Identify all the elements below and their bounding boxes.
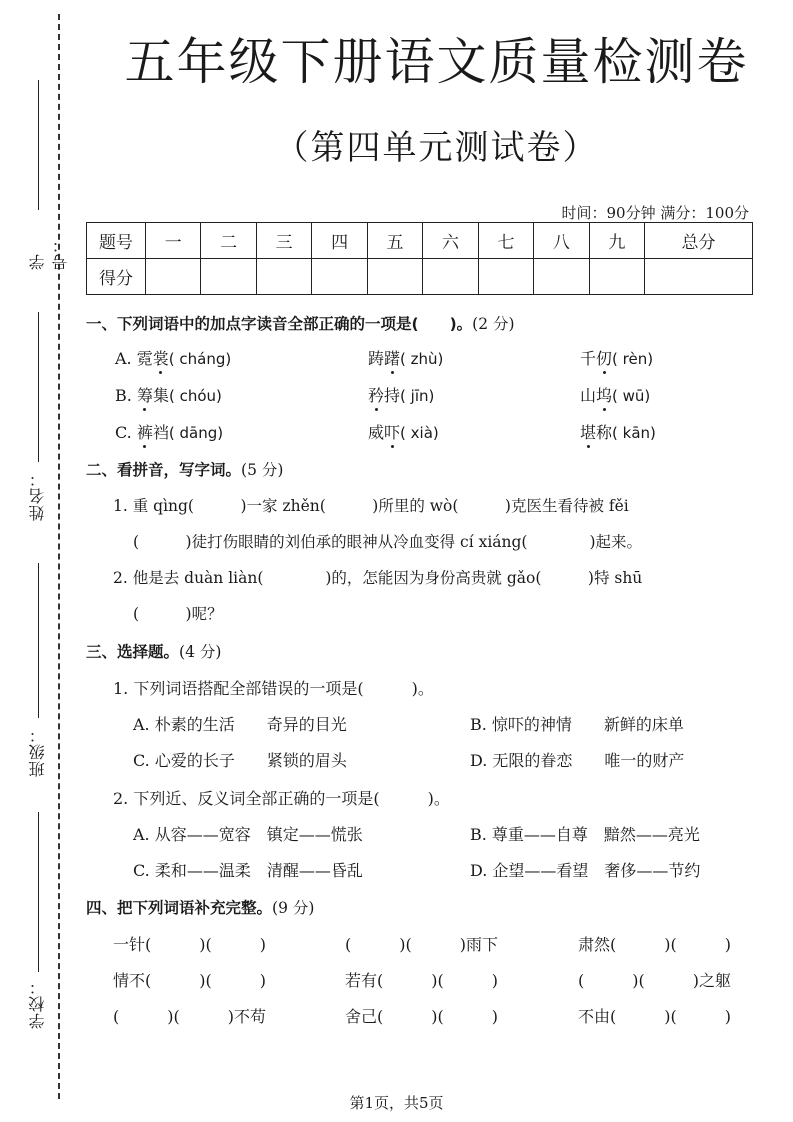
- q4-idiom[interactable]: ( )( )不苟: [113, 1004, 266, 1027]
- score-row-label: 得分: [87, 259, 146, 295]
- school-field[interactable]: 学校：: [20, 812, 50, 1042]
- q4-title-text: 四、把下列词语补充完整。: [86, 899, 272, 917]
- q1-points: (2 分): [472, 315, 514, 333]
- pinyin: ( xià): [400, 424, 439, 442]
- q2-title-text: 二、看拼音，写字词。: [86, 461, 241, 479]
- pinyin: ( wū): [612, 387, 650, 405]
- pinyin: ( jīn): [400, 387, 434, 405]
- q3-sub1-stem[interactable]: 1. 下列词语搭配全部错误的一项是( )。: [113, 676, 434, 699]
- text: C.: [115, 423, 137, 442]
- q1-option-a-item-2: 踌躇( zhù): [368, 346, 443, 369]
- q3-sub2-option-b[interactable]: B. 尊重——自尊 黯然——亮光: [470, 822, 700, 845]
- pinyin: ( cháng): [169, 350, 231, 368]
- q1-option-b-item-2: 矜持( jīn): [368, 383, 434, 406]
- text: 持: [384, 386, 400, 405]
- dotted-char: 躇: [384, 349, 400, 368]
- q4-idiom[interactable]: ( )( )之躯: [578, 968, 731, 991]
- q4-title: 四、把下列词语补充完整。(9 分): [86, 896, 314, 918]
- student-id-underline[interactable]: [38, 80, 39, 210]
- binding-strip: 学号： 姓名： 班级： 学校：: [0, 0, 80, 1122]
- score-cell[interactable]: [367, 259, 422, 295]
- text: 集: [153, 386, 169, 405]
- header-cell: 五: [367, 223, 422, 259]
- pinyin: ( dāng): [169, 424, 223, 442]
- q3-title: 三、选择题。(4 分): [86, 640, 221, 662]
- score-cell[interactable]: [423, 259, 478, 295]
- score-table: 题号 一 二 三 四 五 六 七 八 九 总分 得分: [86, 222, 753, 295]
- pinyin: ( kān): [612, 424, 656, 442]
- score-cell[interactable]: [256, 259, 311, 295]
- text: 千: [580, 349, 596, 368]
- text: 裆: [153, 423, 169, 442]
- q3-points: (4 分): [179, 643, 221, 661]
- dotted-char: 矜: [368, 386, 384, 405]
- q4-idiom[interactable]: ( )( )雨下: [345, 932, 498, 955]
- q2-line-1[interactable]: 1. 重 qìng( )一家 zhěn( )所里的 wò( )克医生看待被 fě…: [113, 494, 629, 516]
- q4-idiom[interactable]: 不由( )( ): [578, 1004, 731, 1027]
- header-cell: 九: [589, 223, 644, 259]
- text: B.: [115, 386, 137, 405]
- q3-title-text: 三、选择题。: [86, 643, 179, 661]
- q4-idiom[interactable]: 若有( )( ): [345, 968, 498, 991]
- score-table-header-row: 题号 一 二 三 四 五 六 七 八 九 总分: [87, 223, 753, 259]
- dotted-char: 裳: [153, 349, 169, 368]
- score-cell[interactable]: [478, 259, 533, 295]
- school-label: 学校：: [26, 978, 49, 1029]
- q2-line-3[interactable]: 2. 他是去 duàn liàn( )的，怎能因为身份高贵就 gǎo( )特 s…: [113, 566, 642, 588]
- q1-option-c-item-2: 威吓( xià): [368, 420, 439, 443]
- pinyin: ( zhù): [400, 350, 443, 368]
- q4-idiom[interactable]: 情不( )( ): [113, 968, 266, 991]
- q1-option-b-item-3: 山坞( wū): [580, 383, 650, 406]
- student-id-label: 学号：: [26, 220, 72, 270]
- score-table-score-row: 得分: [87, 259, 753, 295]
- q1-option-a-item-1[interactable]: A. 霓裳( cháng): [115, 346, 231, 369]
- q1-option-b-item-1[interactable]: B. 筹集( chóu): [115, 383, 222, 406]
- exam-title: 五年级下册语文质量检测卷: [80, 22, 793, 94]
- name-field[interactable]: 姓名：: [20, 312, 50, 522]
- header-cell: 题号: [87, 223, 146, 259]
- header-cell: 八: [534, 223, 589, 259]
- score-cell[interactable]: [534, 259, 589, 295]
- name-label: 姓名：: [26, 470, 49, 521]
- name-underline[interactable]: [38, 312, 39, 462]
- pinyin: ( chóu): [169, 387, 222, 405]
- header-cell: 七: [478, 223, 533, 259]
- text: 威: [368, 423, 384, 442]
- q3-sub1-option-c[interactable]: C. 心爱的长子 紧锁的眉头: [133, 748, 347, 771]
- q2-title: 二、看拼音，写字词。(5 分): [86, 458, 283, 480]
- header-cell: 四: [312, 223, 367, 259]
- dotted-char: 筹: [137, 386, 153, 405]
- q4-points: (9 分): [272, 899, 314, 917]
- dotted-char: 堪: [580, 423, 596, 442]
- q3-sub2-option-d[interactable]: D. 企望——看望 奢侈——节约: [470, 858, 700, 881]
- dotted-char: 吓: [384, 423, 400, 442]
- q3-sub2-option-a[interactable]: A. 从容——宽容 镇定——慌张: [133, 822, 363, 845]
- cut-line: [58, 14, 60, 1099]
- text: 山: [580, 386, 596, 405]
- header-cell: 二: [201, 223, 256, 259]
- score-cell[interactable]: [312, 259, 367, 295]
- q2-line-4[interactable]: ( )呢？: [133, 602, 223, 624]
- q2-line-2[interactable]: ( )徒打伤眼睛的刘伯承的眼神从冷血变得 cí xiáng( )起来。: [133, 530, 642, 552]
- q1-option-a-item-3: 千仞( rèn): [580, 346, 653, 369]
- header-cell: 六: [423, 223, 478, 259]
- dotted-char: 坞: [596, 386, 612, 405]
- q3-sub1-option-b[interactable]: B. 惊吓的神情 新鲜的床单: [470, 712, 684, 735]
- q4-idiom[interactable]: 舍己( )( ): [345, 1004, 498, 1027]
- header-cell: 一: [146, 223, 201, 259]
- q1-title-text: 一、下列词语中的加点字读音全部正确的一项是( )。: [86, 315, 472, 333]
- score-cell[interactable]: [201, 259, 256, 295]
- class-underline[interactable]: [38, 563, 39, 718]
- exam-meta: 时间：90分钟 满分：100分: [562, 202, 750, 223]
- q3-sub1-option-a[interactable]: A. 朴素的生活 奇异的目光: [133, 712, 347, 735]
- class-label: 班级：: [26, 726, 49, 777]
- q3-sub2-option-c[interactable]: C. 柔和——温柔 清醒——昏乱: [133, 858, 363, 881]
- q2-points: (5 分): [241, 461, 283, 479]
- score-cell[interactable]: [589, 259, 644, 295]
- exam-subtitle: （第四单元测试卷）: [80, 120, 793, 169]
- page-number: 第1页，共5页: [0, 1092, 793, 1113]
- score-cell[interactable]: [146, 259, 201, 295]
- q1-title: 一、下列词语中的加点字读音全部正确的一项是( )。(2 分): [86, 312, 515, 334]
- q3-sub1-option-d[interactable]: D. 无限的眷恋 唯一的财产: [470, 748, 684, 771]
- header-cell: 总分: [645, 223, 753, 259]
- dotted-char: 仞: [596, 349, 612, 368]
- text: 称: [596, 423, 612, 442]
- score-cell[interactable]: [645, 259, 753, 295]
- header-cell: 三: [256, 223, 311, 259]
- dotted-char: 裤: [137, 423, 153, 442]
- student-id-field[interactable]: 学号：: [20, 80, 50, 270]
- pinyin: ( rèn): [612, 350, 653, 368]
- q1-option-c-item-1[interactable]: C. 裤裆( dāng): [115, 420, 223, 443]
- school-underline[interactable]: [38, 812, 39, 972]
- q4-idiom[interactable]: 肃然( )( ): [578, 932, 731, 955]
- text: A. 霓: [115, 349, 153, 368]
- class-field[interactable]: 班级：: [20, 563, 50, 793]
- text: 踌: [368, 349, 384, 368]
- q1-option-c-item-3: 堪称( kān): [580, 420, 656, 443]
- q3-sub2-stem[interactable]: 2. 下列近、反义词全部正确的一项是( )。: [113, 786, 450, 809]
- q4-idiom[interactable]: 一针( )( ): [113, 932, 266, 955]
